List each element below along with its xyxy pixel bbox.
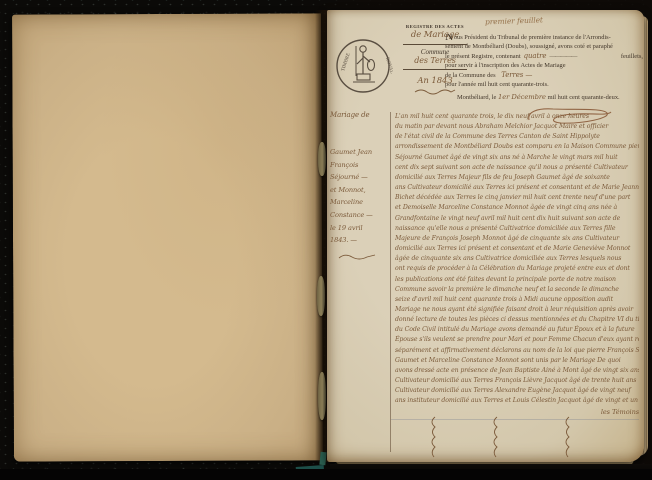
register-scan: premier feuillet TIMBRE ROYAL REGISTRE D…: [0, 0, 652, 480]
act-line: arrondissement de Montbéliard Doubs est …: [395, 142, 639, 152]
torn-page-stub: [318, 142, 326, 176]
act-line: Grandfontaine le vingt neuf avril mil hu…: [395, 214, 639, 224]
register-title: REGISTRE DES ACTES: [395, 24, 475, 29]
act-margin-names: Gaumet JeanFrançoisSéjourné —et Monnot,M…: [330, 146, 390, 247]
margin-name-line: Gaumet Jean: [330, 146, 390, 159]
act-closing: les Témoins: [395, 408, 652, 416]
blank-left-page: [12, 13, 323, 461]
act-line: Épouse s'ils veulent se prendre pour Mar…: [395, 335, 639, 345]
torn-page-stub: [317, 276, 325, 316]
margin-name-line: le 19 avril: [330, 222, 390, 235]
stamp-label-left: TIMBRE: [341, 53, 352, 73]
act-line: Cultivateur domicilié aux Terres Alexand…: [395, 386, 639, 396]
act-margin-title: Mariage de: [330, 111, 388, 119]
margin-name-line: 1843. —: [330, 234, 390, 247]
act-line: Gaumet et Marceline Constance Monnot son…: [395, 356, 639, 366]
commune-name-handwritten: Terres —: [501, 71, 532, 79]
date-handwritten: 1er Décembre: [498, 93, 546, 101]
act-line: Mariage ne nous ayant été signifiée fais…: [395, 305, 639, 315]
paraph-flourish-icon: [427, 416, 439, 458]
top-annotation: premier feuillet: [485, 13, 625, 27]
act-line: Majeure de François Joseph Monnot âgé de…: [395, 234, 639, 244]
certificate-line: sement de Montbéliard (Doubs), soussigné…: [445, 43, 643, 52]
stamp-label-right: ROYAL: [384, 57, 393, 74]
certificate-line: le présent Registre, contenant quatre ——…: [445, 52, 643, 62]
timbre-royal-stamp-icon: TIMBRE ROYAL: [333, 36, 393, 96]
margin-name-line: Marceline: [330, 196, 390, 209]
margin-name-line: Séjourné —: [330, 171, 390, 184]
margin-name-line: et Monnot,: [330, 184, 390, 197]
act-line: donné lecture de toutes les pièces ci de…: [395, 315, 639, 325]
act-line: domicilié aux Terres Majeur fils de feu …: [395, 173, 639, 183]
act-line: ont requis de procéder à la Célébration …: [395, 264, 639, 274]
act-line: ans instituteur domicilié aux Terres et …: [395, 396, 639, 406]
act-line: Commune savoir la première le dimanche n…: [395, 285, 639, 295]
margin-rule: [390, 112, 391, 452]
register-first-page: premier feuillet TIMBRE ROYAL REGISTRE D…: [327, 10, 644, 462]
paraph-flourish-icon: [489, 416, 501, 458]
drop-cap: N: [445, 34, 454, 43]
act-line: âgée de cinquante six ans Cultivatrice d…: [395, 254, 639, 264]
act-line: domicilié aux Terres ici présent et cons…: [395, 244, 639, 254]
certificate-line: pour l'année mil huit cent quarante-troi…: [445, 81, 643, 90]
act-line: séparément et affirmativement déclarons …: [395, 346, 639, 356]
certificate-line: Nous Président du Tribunal de première i…: [445, 34, 643, 43]
act-line: ans Cultivateur domicilié aux Terres ici…: [395, 183, 639, 193]
margin-name-line: Constance —: [330, 209, 390, 222]
margin-name-line: François: [330, 159, 390, 172]
blank-dash: —————: [549, 53, 617, 62]
act-line: seize d'avril mil huit cent quarante tro…: [395, 295, 639, 305]
act-line: de l'état civil de la Commune des Terres…: [395, 132, 639, 142]
torn-page-stub: [318, 372, 326, 420]
act-line: du Code Civil intitulé du Mariage avons …: [395, 325, 639, 335]
flourish-icon: [337, 252, 377, 261]
act-line: cent dix sept suivant son acte de naissa…: [395, 163, 639, 173]
act-line: et Demoiselle Marceline Constance Monnot…: [395, 203, 639, 213]
act-line: Cultivateur domicilié aux Terres Françoi…: [395, 376, 639, 386]
act-line: Bichet décédée aux Terres le cinq janvie…: [395, 193, 639, 203]
act-line: Séjourné Gaumet âgé de vingt six ans né …: [395, 153, 639, 163]
act-line: avons dressé acte en présence de Jean Ba…: [395, 366, 639, 376]
act-line: les publications ont été faites devant l…: [395, 275, 639, 285]
act-line: du matin par devant nous Abraham Melchio…: [395, 122, 639, 132]
marriage-act-text: L'an mil huit cent quarante trois, le di…: [395, 112, 639, 407]
background-bottom: [0, 469, 652, 480]
certificate-line: pour servir à l'inscription des Actes de…: [445, 62, 643, 71]
act-line: L'an mil huit cent quarante trois, le di…: [395, 112, 639, 122]
act-line: naissance qu'elle nous a présenté Cultiv…: [395, 224, 639, 234]
paraph-flourish-icon: [561, 416, 573, 458]
certificate-date-line: Montbéliard, le 1er Décembre mil huit ce…: [457, 93, 643, 103]
feuillets-count-handwritten: quatre: [524, 52, 547, 61]
certificate-line: de la Commune des Terres —: [445, 71, 643, 81]
